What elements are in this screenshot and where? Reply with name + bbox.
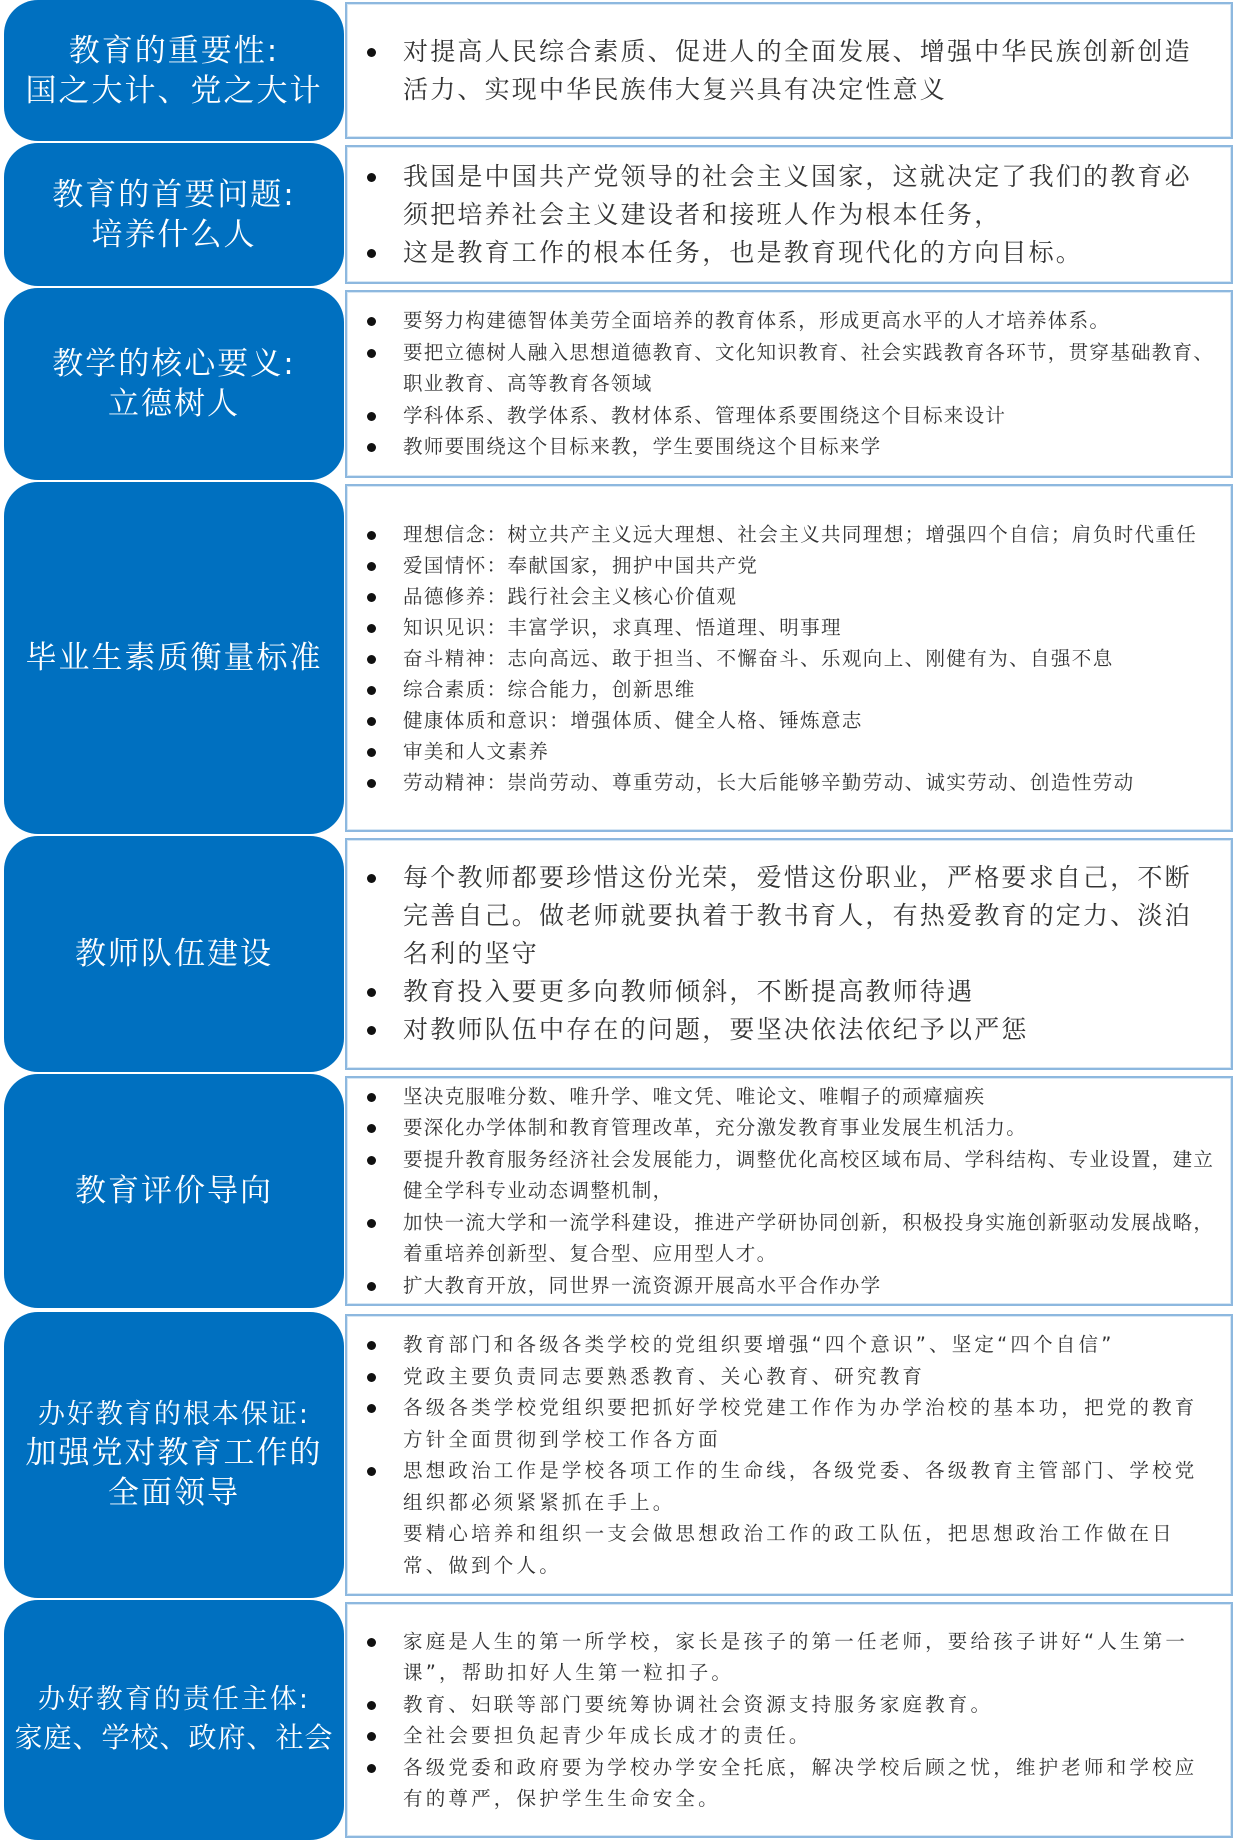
label-line: 国之大计、党之大计: [26, 71, 323, 111]
content-evaluation: 坚决克服唯分数、唯升学、唯文凭、唯论文、唯帽子的顽瘴痼疾 要深化办学体制和教育管…: [345, 1076, 1233, 1306]
bullet-icon: [367, 1638, 376, 1647]
list-item: 教育部门和各级各类学校的党组织要增强“四个意识”、坚定“四个自信”: [361, 1329, 1217, 1361]
row-responsible-parties: 办好教育的责任主体: 家庭、学校、政府、社会 家庭是人生的第一所学校，家长是孩子…: [0, 1600, 1235, 1840]
list-item: 要精心培养和组织一支会做思想政治工作的政工队伍，把思想政治工作做在日常、做到个人…: [361, 1518, 1217, 1581]
label-line: 教育评价导向: [75, 1171, 273, 1211]
row-teacher-team: 教师队伍建设 每个教师都要珍惜这份光荣，爱惜这份职业，严格要求自己，不断完善自己…: [0, 836, 1235, 1072]
content-teacher-team: 每个教师都要珍惜这份光荣，爱惜这份职业，严格要求自己，不断完善自己。做老师就要执…: [345, 838, 1233, 1070]
label-line: 全面领导: [108, 1473, 240, 1513]
bullet-icon: [367, 655, 376, 664]
list-item: 坚决克服唯分数、唯升学、唯文凭、唯论文、唯帽子的顽瘴痼疾: [361, 1081, 1217, 1113]
content-graduate-standards: 理想信念：树立共产主义远大理想、社会主义共同理想；增强四个自信；肩负时代重任 爱…: [345, 484, 1233, 832]
list-item: 爱国情怀：奉献国家，拥护中国共产党: [361, 550, 1217, 581]
list-item: 学科体系、教学体系、教材体系、管理体系要围绕这个目标来设计: [361, 400, 1217, 432]
label-line: 加强党对教育工作的: [26, 1433, 323, 1473]
row-graduate-standards: 毕业生素质衡量标准 理想信念：树立共产主义远大理想、社会主义共同理想；增强四个自…: [0, 482, 1235, 834]
bullet-icon: [367, 874, 376, 883]
list-item: 要提升教育服务经济社会发展能力，调整优化高校区域布局、学科结构、专业设置，建立健…: [361, 1144, 1217, 1207]
list-item: 加快一流大学和一流学科建设，推进产学研协同创新，积极投身实施创新驱动发展战略，着…: [361, 1207, 1217, 1270]
list-item: 各级党委和政府要为学校办学安全托底，解决学校后顾之忧，维护老师和学校应有的尊严，…: [361, 1752, 1217, 1815]
bullet-icon: [367, 1404, 376, 1413]
bullet-icon: [367, 1701, 376, 1710]
label-line: 教师队伍建设: [75, 934, 273, 974]
bullet-icon: [367, 988, 376, 997]
bullet-icon: [367, 562, 376, 571]
list-item: 思想政治工作是学校各项工作的生命线，各级党委、各级教育主管部门、学校党组织都必须…: [361, 1455, 1217, 1518]
label-line: 办好教育的根本保证:: [38, 1397, 310, 1433]
bullet-list: 对提高人民综合素质、促进人的全面发展、增强中华民族创新创造活力、实现中华民族伟大…: [361, 33, 1217, 109]
row-primary-question: 教育的首要问题: 培养什么人 我国是中国共产党领导的社会主义国家，这就决定了我们…: [0, 143, 1235, 286]
list-item: 品德修养：践行社会主义核心价值观: [361, 581, 1217, 612]
bullet-icon: [367, 249, 376, 258]
bullet-icon: [367, 1026, 376, 1035]
list-item: 要深化办学体制和教育管理改革，充分激发教育事业发展生机活力。: [361, 1112, 1217, 1144]
list-item: 劳动精神：崇尚劳动、尊重劳动，长大后能够辛勤劳动、诚实劳动、创造性劳动: [361, 767, 1217, 798]
bullet-icon: [367, 1219, 376, 1228]
row-fundamental-guarantee: 办好教育的根本保证: 加强党对教育工作的 全面领导 教育部门和各级各类学校的党组…: [0, 1312, 1235, 1598]
bullet-icon: [367, 1282, 376, 1291]
bullet-list: 坚决克服唯分数、唯升学、唯文凭、唯论文、唯帽子的顽瘴痼疾 要深化办学体制和教育管…: [361, 1081, 1217, 1302]
content-primary-question: 我国是中国共产党领导的社会主义国家，这就决定了我们的教育必须把培养社会主义建设者…: [345, 145, 1233, 284]
label-line: 培养什么人: [92, 215, 257, 255]
bullet-icon: [367, 1764, 376, 1773]
label-line: 毕业生素质衡量标准: [26, 638, 323, 678]
row-core-meaning: 教学的核心要义: 立德树人 要努力构建德智体美劳全面培养的教育体系，形成更高水平…: [0, 288, 1235, 480]
bullet-icon: [367, 624, 376, 633]
list-item: 扩大教育开放，同世界一流资源开展高水平合作办学: [361, 1270, 1217, 1302]
bullet-list: 要努力构建德智体美劳全面培养的教育体系，形成更高水平的人才培养体系。 要把立德树…: [361, 305, 1217, 463]
bullet-icon: [367, 1373, 376, 1382]
list-item: 知识见识：丰富学识，求真理、悟道理、明事理: [361, 612, 1217, 643]
bullet-icon: [367, 1156, 376, 1165]
bullet-icon: [367, 317, 376, 326]
label-line: 教学的核心要义:: [52, 344, 295, 384]
bullet-icon: [367, 593, 376, 602]
bullet-icon: [367, 1732, 376, 1741]
list-item: 要把立德树人融入思想道德教育、文化知识教育、社会实践教育各环节，贯穿基础教育、职…: [361, 337, 1217, 400]
bullet-list: 我国是中国共产党领导的社会主义国家，这就决定了我们的教育必须把培养社会主义建设者…: [361, 158, 1217, 272]
list-item: 审美和人文素养: [361, 736, 1217, 767]
label-line: 家庭、学校、政府、社会: [14, 1718, 333, 1758]
bullet-icon: [367, 1467, 376, 1476]
label-line: 教育的重要性:: [69, 31, 279, 71]
list-item: 对提高人民综合素质、促进人的全面发展、增强中华民族创新创造活力、实现中华民族伟大…: [361, 33, 1217, 109]
bullet-icon: [367, 48, 376, 57]
bullet-icon: [367, 173, 376, 182]
label-fundamental-guarantee: 办好教育的根本保证: 加强党对教育工作的 全面领导: [4, 1312, 344, 1598]
label-line: 办好教育的责任主体:: [38, 1682, 310, 1718]
list-item: 这是教育工作的根本任务，也是教育现代化的方向目标。: [361, 234, 1217, 272]
bullet-icon: [367, 1124, 376, 1133]
list-item: 全社会要担负起青少年成长成才的责任。: [361, 1720, 1217, 1752]
content-core-meaning: 要努力构建德智体美劳全面培养的教育体系，形成更高水平的人才培养体系。 要把立德树…: [345, 290, 1233, 478]
list-item: 教育、妇联等部门要统筹协调社会资源支持服务家庭教育。: [361, 1689, 1217, 1721]
list-item: 健康体质和意识：增强体质、健全人格、锤炼意志: [361, 705, 1217, 736]
bullet-icon: [367, 531, 376, 540]
content-fundamental-guarantee: 教育部门和各级各类学校的党组织要增强“四个意识”、坚定“四个自信” 党政主要负责…: [345, 1314, 1233, 1596]
label-responsible-parties: 办好教育的责任主体: 家庭、学校、政府、社会: [4, 1600, 344, 1840]
bullet-icon: [367, 1093, 376, 1102]
list-item: 要努力构建德智体美劳全面培养的教育体系，形成更高水平的人才培养体系。: [361, 305, 1217, 337]
bullet-icon: [367, 1341, 376, 1350]
bullet-list: 家庭是人生的第一所学校，家长是孩子的第一任老师，要给孩子讲好“人生第一课”，帮助…: [361, 1626, 1217, 1815]
list-item: 奋斗精神：志向高远、敢于担当、不懈奋斗、乐观向上、刚健有为、自强不息: [361, 643, 1217, 674]
row-importance: 教育的重要性: 国之大计、党之大计 对提高人民综合素质、促进人的全面发展、增强中…: [0, 0, 1235, 141]
label-teacher-team: 教师队伍建设: [4, 836, 344, 1072]
list-item: 家庭是人生的第一所学校，家长是孩子的第一任老师，要给孩子讲好“人生第一课”，帮助…: [361, 1626, 1217, 1689]
row-evaluation: 教育评价导向 坚决克服唯分数、唯升学、唯文凭、唯论文、唯帽子的顽瘴痼疾 要深化办…: [0, 1074, 1235, 1308]
list-item: 各级各类学校党组织要把抓好学校党建工作作为办学治校的基本功，把党的教育方针全面贯…: [361, 1392, 1217, 1455]
list-item: 理想信念：树立共产主义远大理想、社会主义共同理想；增强四个自信；肩负时代重任: [361, 519, 1217, 550]
label-primary-question: 教育的首要问题: 培养什么人: [4, 143, 344, 286]
label-line: 教育的首要问题:: [52, 175, 295, 215]
bullet-list: 每个教师都要珍惜这份光荣，爱惜这份职业，严格要求自己，不断完善自己。做老师就要执…: [361, 859, 1217, 1049]
label-evaluation: 教育评价导向: [4, 1074, 344, 1308]
list-item: 综合素质：综合能力，创新思维: [361, 674, 1217, 705]
bullet-icon: [367, 748, 376, 757]
label-importance: 教育的重要性: 国之大计、党之大计: [4, 0, 344, 141]
list-item: 教育投入要更多向教师倾斜，不断提高教师待遇: [361, 973, 1217, 1011]
bullet-icon: [367, 779, 376, 788]
bullet-icon: [367, 717, 376, 726]
list-item: 每个教师都要珍惜这份光荣，爱惜这份职业，严格要求自己，不断完善自己。做老师就要执…: [361, 859, 1217, 973]
bullet-icon: [367, 443, 376, 452]
content-importance: 对提高人民综合素质、促进人的全面发展、增强中华民族创新创造活力、实现中华民族伟大…: [345, 2, 1233, 139]
list-item: 教师要围绕这个目标来教，学生要围绕这个目标来学: [361, 431, 1217, 463]
content-responsible-parties: 家庭是人生的第一所学校，家长是孩子的第一任老师，要给孩子讲好“人生第一课”，帮助…: [345, 1602, 1233, 1838]
list-item: 对教师队伍中存在的问题，要坚决依法依纪予以严惩: [361, 1011, 1217, 1049]
bullet-icon: [367, 412, 376, 421]
list-item: 我国是中国共产党领导的社会主义国家，这就决定了我们的教育必须把培养社会主义建设者…: [361, 158, 1217, 234]
label-graduate-standards: 毕业生素质衡量标准: [4, 482, 344, 834]
list-item: 党政主要负责同志要熟悉教育、关心教育、研究教育: [361, 1361, 1217, 1393]
bullet-list: 教育部门和各级各类学校的党组织要增强“四个意识”、坚定“四个自信” 党政主要负责…: [361, 1329, 1217, 1581]
bullet-icon: [367, 686, 376, 695]
bullet-list: 理想信念：树立共产主义远大理想、社会主义共同理想；增强四个自信；肩负时代重任 爱…: [361, 519, 1217, 798]
label-core-meaning: 教学的核心要义: 立德树人: [4, 288, 344, 480]
bullet-icon: [367, 349, 376, 358]
label-line: 立德树人: [108, 384, 240, 424]
